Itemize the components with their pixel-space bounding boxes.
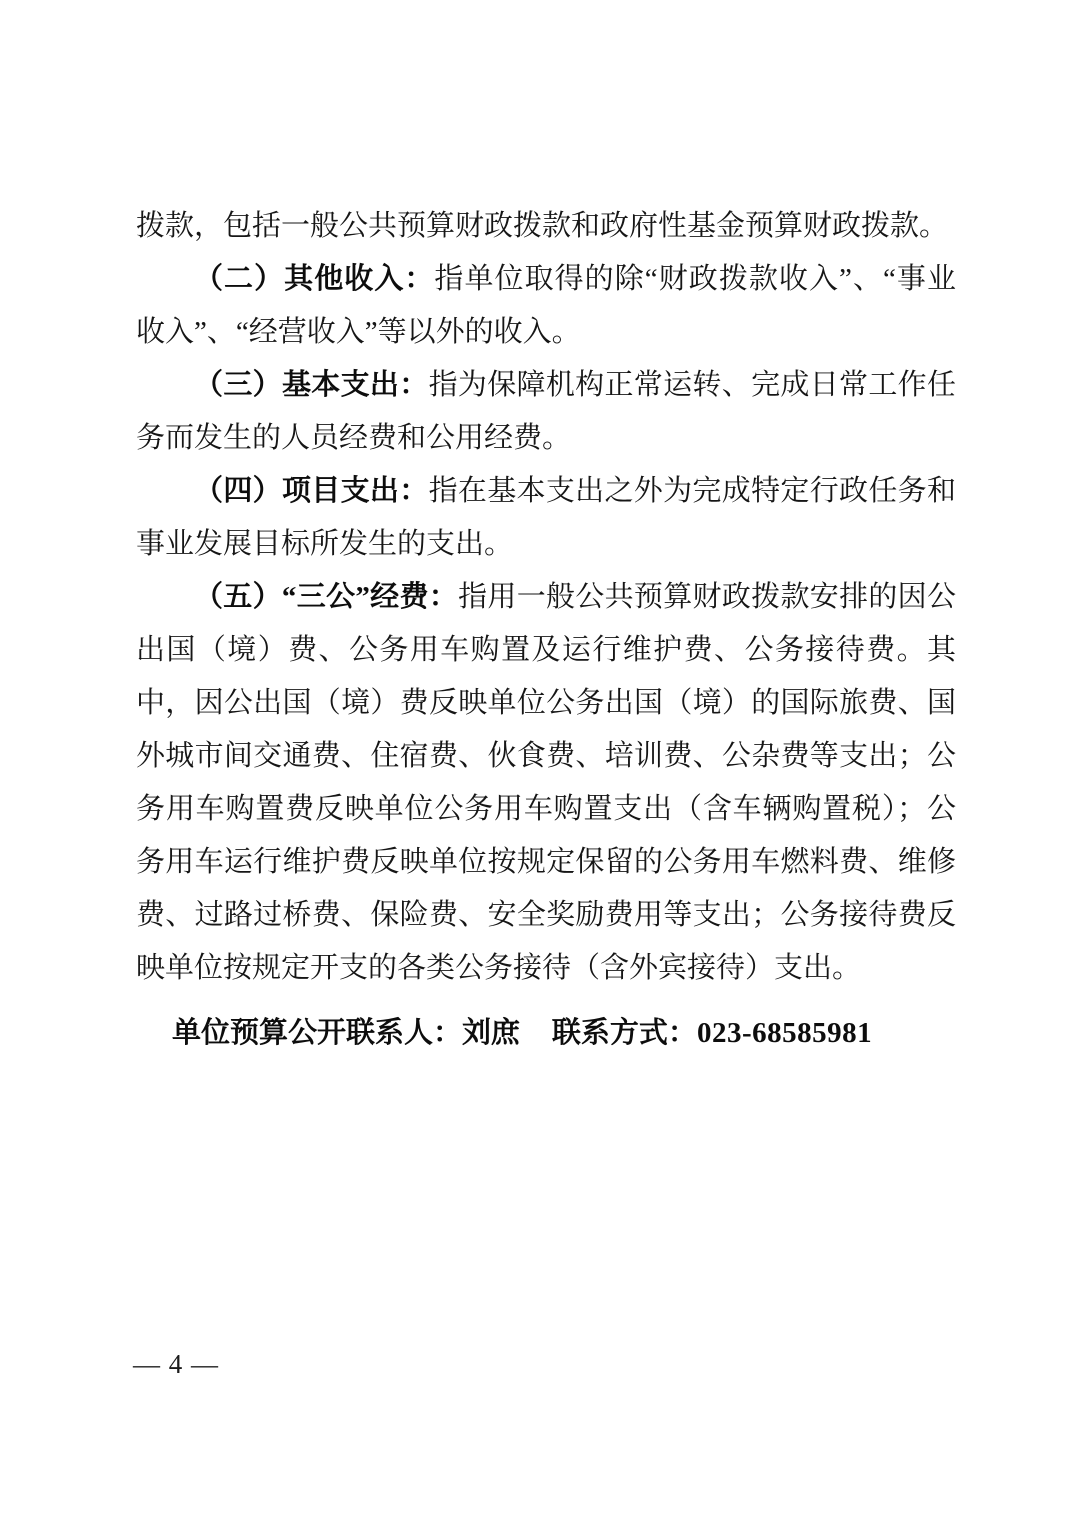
para-project-expenditure: （四）项目支出：指在基本支出之外为完成特定行政任务和事业发展目标所发生的支出。 xyxy=(136,465,956,571)
document-page: 拨款，包括一般公共预算财政拨款和政府性基金预算财政拨款。（二）其他收入：指单位取… xyxy=(0,0,1074,1520)
paragraph-lead-in: （五）“三公”经费： xyxy=(194,581,458,613)
paragraph-text: 指用一般公共预算财政拨款安排的因公出国（境）费、公务用车购置及运行维护费、公务接… xyxy=(136,581,956,984)
paragraph-lead-in: （三）基本支出： xyxy=(194,369,429,401)
para-appropriation-continuation: 拨款，包括一般公共预算财政拨款和政府性基金预算财政拨款。 xyxy=(136,200,956,253)
contact-line: 单位预算公开联系人：刘庶联系方式：023-68585981 xyxy=(136,1007,956,1060)
paragraph-lead-in: （四）项目支出： xyxy=(194,475,429,507)
phone-label: 联系方式： xyxy=(552,1017,697,1049)
para-basic-expenditure: （三）基本支出：指为保障机构正常运转、完成日常工作任务而发生的人员经费和公用经费… xyxy=(136,359,956,465)
paragraph-text: 拨款，包括一般公共预算财政拨款和政府性基金预算财政拨款。 xyxy=(136,210,948,242)
page-number: — 4 — xyxy=(133,1349,219,1379)
paragraphs-container: 拨款，包括一般公共预算财政拨款和政府性基金预算财政拨款。（二）其他收入：指单位取… xyxy=(136,200,956,995)
contact-person-label: 单位预算公开联系人： xyxy=(172,1017,462,1049)
page-footer: — 4 — xyxy=(133,1344,219,1384)
paragraph-lead-in: （二）其他收入： xyxy=(194,263,434,295)
phone-number: 023-68585981 xyxy=(697,1017,872,1049)
contact-person-name: 刘庶 xyxy=(462,1017,520,1049)
para-three-public-funds: （五）“三公”经费：指用一般公共预算财政拨款安排的因公出国（境）费、公务用车购置… xyxy=(136,571,956,995)
para-other-income: （二）其他收入：指单位取得的除“财政拨款收入”、“事业收入”、“经营收入”等以外… xyxy=(136,253,956,359)
document-body: 拨款，包括一般公共预算财政拨款和政府性基金预算财政拨款。（二）其他收入：指单位取… xyxy=(136,200,956,1060)
